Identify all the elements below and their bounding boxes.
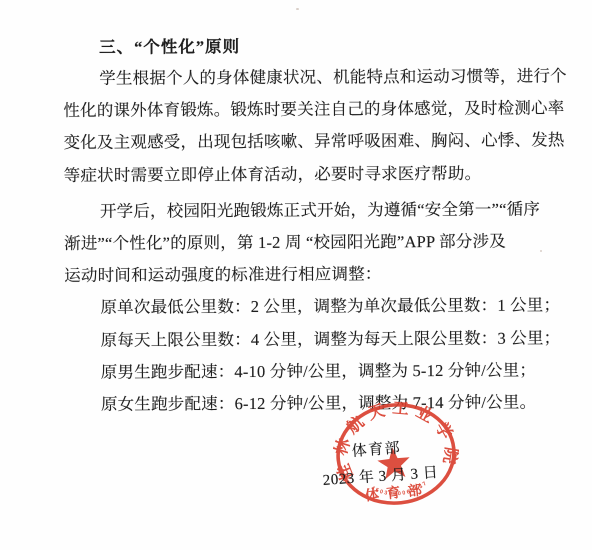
- adjustment-item: 原女生跑步配速：6-12 分钟/公里，调整为 7-14 分钟/公里。: [65, 386, 547, 421]
- section-heading: 三、“个性化”原则: [63, 30, 545, 63]
- adjustment-item: 原单次最低公里数：2 公里，调整为单次最低公里数：1 公里；: [64, 290, 546, 325]
- text-line: 变化及主观感受，出现包括咳嗽、异常呼吸困难、胸闷、心悸、发热: [63, 125, 545, 160]
- adjustment-item: 原男生跑步配速：4-10 分钟/公里，调整为 5-12 分钟/公里；: [65, 354, 547, 389]
- document-page: 三、“个性化”原则 学生根据个人的身体健康状况、机能特点和运动习惯等，进行个 性…: [0, 0, 592, 550]
- signature-department: 体育部: [351, 437, 402, 461]
- text-line: 性化的课外体育锻炼。锻炼时要关注自己的身体感觉，及时检测心率: [63, 93, 545, 128]
- document-body: 三、“个性化”原则 学生根据个人的身体健康状况、机能特点和运动习惯等，进行个 性…: [63, 30, 547, 421]
- adjustment-item: 原每天上限公里数：4 公里，调整为每天上限公里数：3 公里；: [65, 322, 547, 357]
- text-line: 运动时间和运动强度的标准进行相应调整：: [64, 258, 546, 293]
- text-line: 学生根据个人的身体健康状况、机能特点和运动习惯等，进行个: [63, 60, 545, 95]
- text-line: 渐进”“个性化”的原则，第 1-2 周 “校园阳光跑”APP 部分涉及: [64, 225, 546, 260]
- scan-speck: [296, 8, 299, 10]
- scan-speck: [540, 250, 542, 252]
- text-line: 开学后，校园阳光跑锻炼正式开始，为遵循“安全第一”“循序: [64, 193, 546, 228]
- text-line: 等症状时需要立即停止体育活动，必要时寻求医疗帮助。: [64, 157, 546, 192]
